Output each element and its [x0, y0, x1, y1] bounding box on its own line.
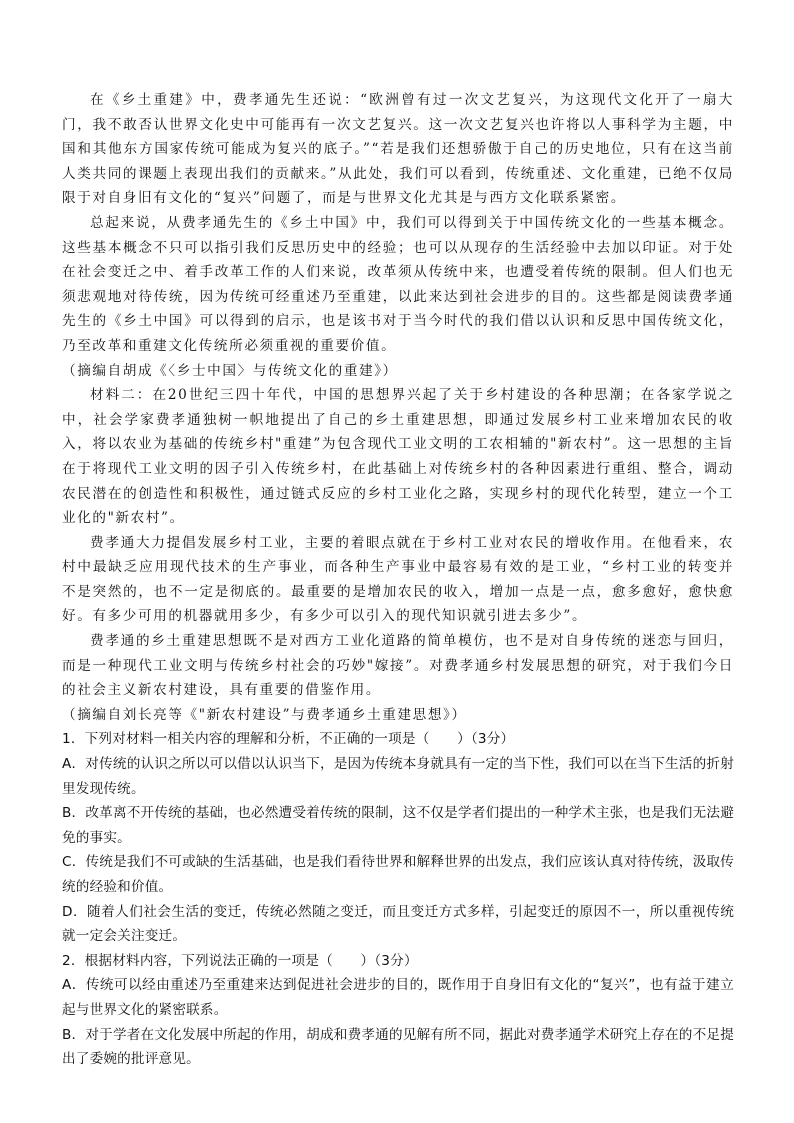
option-b: B．改革离不开传统的基础，也必然遭受着传统的限制，这不仅是学者们提出的一种学术主… [62, 801, 734, 850]
question-stem: 2．根据材料内容，下列说法正确的一项是（ ）（3分） [62, 949, 734, 974]
question-1: 1．下列对材料一相关内容的理解和分析，不正确的一项是（ ）（3分） A．对传统的… [62, 727, 734, 948]
paragraph: 在《乡土重建》中，费孝通先生还说：“欧洲曾有过一次文艺复兴，为这现代文化开了一扇… [62, 88, 734, 211]
option-c: C．传统是我们不可或缺的生活基础，也是我们看待世界和解释世界的出发点，我们应该认… [62, 850, 734, 899]
paragraph: 总起来说，从费孝通先生的《乡土中国》中，我们可以得到关于中国传统文化的一些基本概… [62, 211, 734, 359]
paragraph: 材料二：在20世纪三四十年代，中国的思想界兴起了关于乡村建设的各种思潮；在各家学… [62, 383, 734, 531]
option-a: A．对传统的认识之所以可以借以认识当下，是因为传统本身就具有一定的当下性，我们可… [62, 752, 734, 801]
material-one-excerpt: 在《乡土重建》中，费孝通先生还说：“欧洲曾有过一次文艺复兴，为这现代文化开了一扇… [62, 88, 734, 383]
option-d: D．随着人们社会生活的变迁，传统必然随之变迁，而且变迁方式多样，引起变迁的原因不… [62, 900, 734, 949]
exam-page: 在《乡土重建》中，费孝通先生还说：“欧洲曾有过一次文艺复兴，为这现代文化开了一扇… [62, 88, 734, 1072]
option-b: B．对于学者在文化发展中所起的作用，胡成和费孝通的见解有所不同，据此对费孝通学术… [62, 1023, 734, 1072]
material-two: 材料二：在20世纪三四十年代，中国的思想界兴起了关于乡村建设的各种思潮；在各家学… [62, 383, 734, 727]
paragraph: 费孝通的乡土重建思想既不是对西方工业化道路的简单模仿，也不是对自身传统的迷恋与回… [62, 629, 734, 703]
option-a: A．传统可以经由重述乃至重建来达到促进社会进步的目的，既作用于自身旧有文化的“复… [62, 973, 734, 1022]
question-stem: 1．下列对材料一相关内容的理解和分析，不正确的一项是（ ）（3分） [62, 727, 734, 752]
source-citation: （摘编自胡成《〈乡士中国〉与传统文化的重建》） [62, 359, 734, 384]
source-citation: （摘编自刘长亮等《"新农村建设”与费孝通乡土重建思想》） [62, 703, 734, 728]
question-2: 2．根据材料内容，下列说法正确的一项是（ ）（3分） A．传统可以经由重述乃至重… [62, 949, 734, 1072]
paragraph: 费孝通大力提倡发展乡村工业，主要的着眼点就在于乡村工业对农民的增收作用。在他看来… [62, 531, 734, 629]
